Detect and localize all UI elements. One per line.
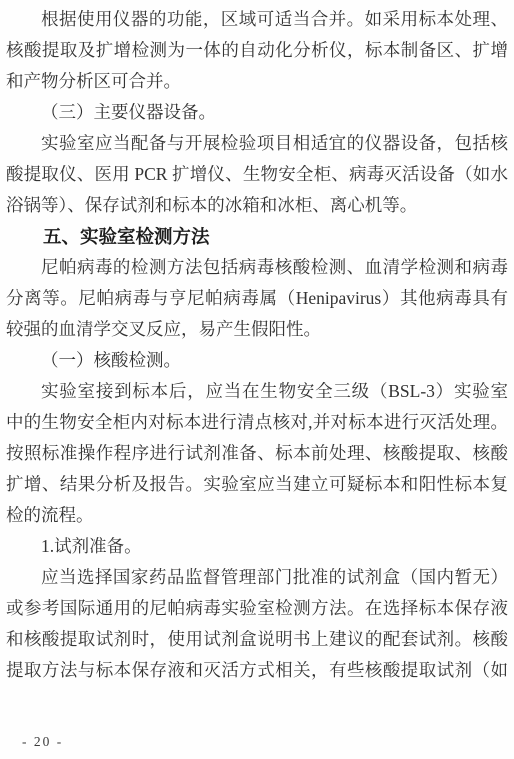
body-line: 浴锅等）、保存试剂和标本的冰箱和冰柜、离心机等。 — [6, 190, 508, 221]
body-line: 或参考国际通用的尼帕病毒实验室检测方法。在选择标本保存液 — [6, 593, 508, 624]
body-line: 酸提取仪、医用 PCR 扩增仪、生物安全柜、病毒灭活设备（如水 — [6, 159, 508, 190]
body-line: 中的生物安全柜内对标本进行清点核对,并对标本进行灭活处理。 — [6, 407, 508, 438]
body-line: 按照标准操作程序进行试剂准备、标本前处理、核酸提取、核酸 — [6, 438, 508, 469]
body-line: 和产物分析区可合并。 — [6, 66, 508, 97]
section-heading: 五、实验室检测方法 — [6, 221, 508, 252]
page-number: - 20 - — [22, 734, 63, 750]
document-body: 根据使用仪器的功能，区域可适当合并。如采用标本处理、核酸提取及扩增检测为一体的自… — [6, 4, 508, 686]
body-line: 扩增、结果分析及报告。实验室应当建立可疑标本和阳性标本复 — [6, 469, 508, 500]
body-line: 检的流程。 — [6, 500, 508, 531]
body-line: 提取方法与标本保存液和灭活方式相关，有些核酸提取试剂（如 — [6, 655, 508, 686]
document-page: 根据使用仪器的功能，区域可适当合并。如采用标本处理、核酸提取及扩增检测为一体的自… — [0, 0, 514, 759]
body-line: 尼帕病毒的检测方法包括病毒核酸检测、血清学检测和病毒 — [6, 252, 508, 283]
list-item-heading: 1.试剂准备。 — [6, 531, 508, 562]
body-line: 核酸提取及扩增检测为一体的自动化分析仪，标本制备区、扩增 — [6, 35, 508, 66]
body-line: 较强的血清学交叉反应，易产生假阳性。 — [6, 314, 508, 345]
body-line: 和核酸提取试剂时，使用试剂盒说明书上建议的配套试剂。核酸 — [6, 624, 508, 655]
body-line: 实验室应当配备与开展检验项目相适宜的仪器设备，包括核 — [6, 128, 508, 159]
body-line: 分离等。尼帕病毒与亨尼帕病毒属（Henipavirus）其他病毒具有 — [6, 283, 508, 314]
subsection-heading: （三）主要仪器设备。 — [6, 97, 508, 128]
body-line: 应当选择国家药品监督管理部门批准的试剂盒（国内暂无） — [6, 562, 508, 593]
body-line: 根据使用仪器的功能，区域可适当合并。如采用标本处理、 — [6, 4, 508, 35]
subsection-heading: （一）核酸检测。 — [6, 345, 508, 376]
body-line: 实验室接到标本后，应当在生物安全三级（BSL-3）实验室 — [6, 376, 508, 407]
